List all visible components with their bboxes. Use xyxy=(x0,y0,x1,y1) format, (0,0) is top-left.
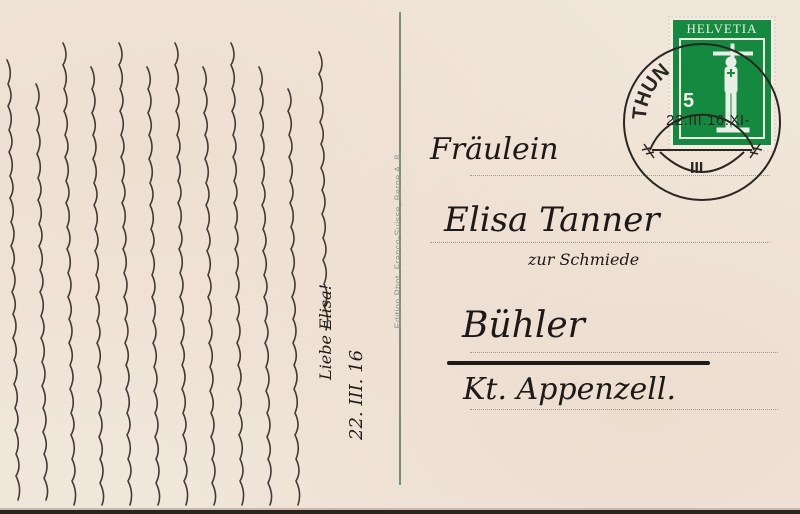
publisher-imprint: Edition Phot. Franco-Suisse, Berne A. 8. xyxy=(393,151,403,328)
address-care-of: zur Schmiede xyxy=(528,250,639,269)
message-date: 22. III. 16 xyxy=(346,350,367,440)
handwriting-strokes xyxy=(0,0,395,510)
address-line-3 xyxy=(470,352,778,353)
postmark-office-number: III xyxy=(690,160,703,178)
address-recipient-name: Elisa Tanner xyxy=(444,200,660,240)
address-salutation: Fräulein xyxy=(430,132,559,167)
postmark: THUN 22.III.16.XI- III xyxy=(622,42,782,202)
address-line-2 xyxy=(430,242,770,243)
message-greeting: Liebe Elisa! xyxy=(316,284,335,380)
postmark-date: 22.III.16.XI- xyxy=(666,112,750,129)
address-canton: Kt. Appenzell. xyxy=(463,372,676,407)
address-line-4 xyxy=(470,409,778,410)
town-underline xyxy=(447,361,710,365)
address-town: Bühler xyxy=(462,305,585,346)
postcard: Liebe Elisa! 22. III. 16 Edition Phot. F… xyxy=(0,0,800,510)
message-area: Liebe Elisa! 22. III. 16 xyxy=(0,0,395,510)
stamp-country: HELVETIA xyxy=(673,21,771,37)
